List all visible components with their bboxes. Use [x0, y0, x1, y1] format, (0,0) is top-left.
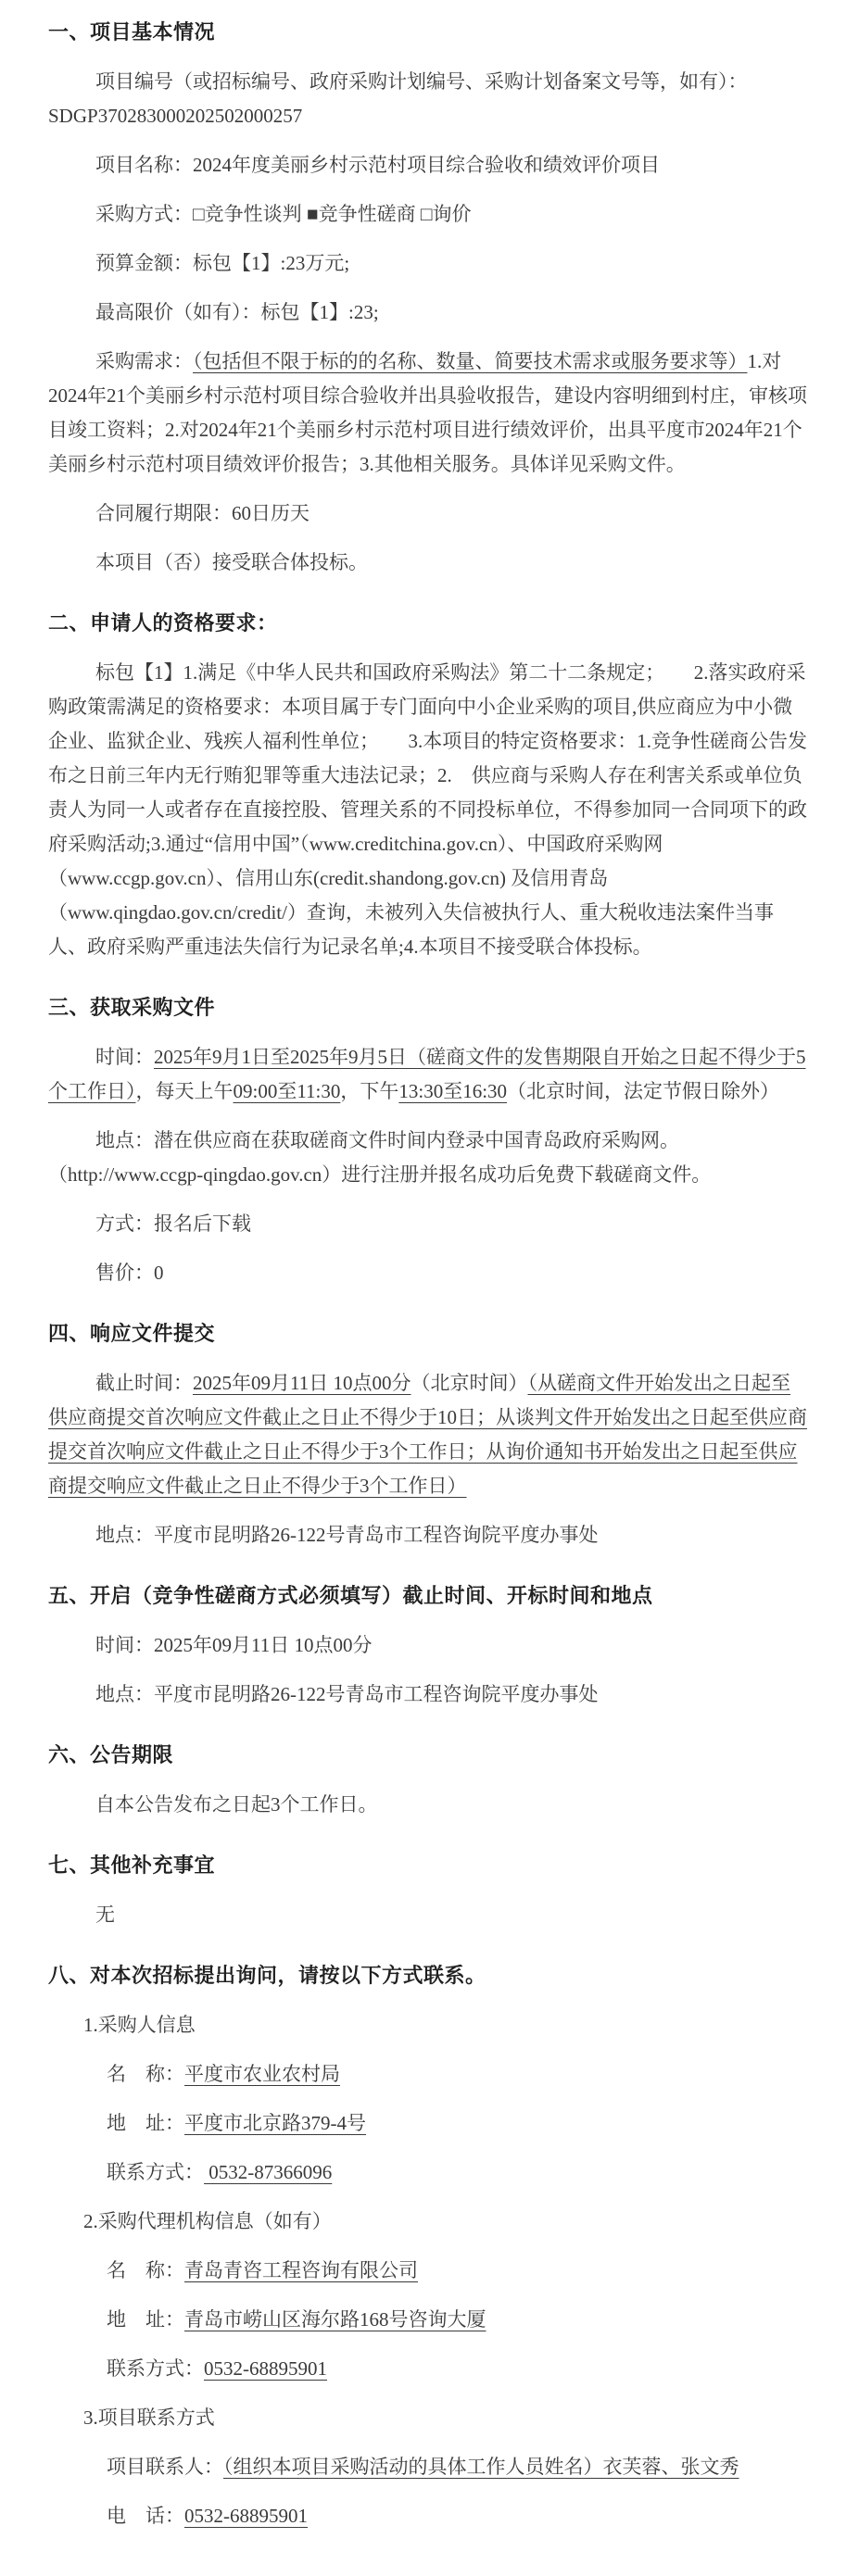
text-segment: 售价：0	[95, 1262, 164, 1284]
document-location: 地点：潜在供应商在获取磋商文件时间内登录中国青岛政府采购网。（http://ww…	[48, 1124, 808, 1192]
text-segment: 方式：报名后下载	[95, 1213, 251, 1235]
underlined-text: 13:30至16:30	[398, 1080, 507, 1102]
text-segment: 电 话：	[107, 2505, 184, 2527]
text-segment: 预算金额：标包【1】:23万元;	[95, 252, 349, 274]
text-segment: 2.采购代理机构信息（如有）	[83, 2210, 332, 2232]
text-segment: （北京时间）	[411, 1372, 527, 1394]
underlined-text: 平度市农业农村局	[184, 2063, 340, 2085]
section-qualification: 二、申请人的资格要求：标包【1】1.满足《中华人民共和国政府采购法》第二十二条规…	[48, 606, 808, 964]
text-segment: 名 称：	[107, 2063, 184, 2085]
text-segment: 地 址：	[107, 2308, 184, 2331]
contract-period: 合同履行期限：60日历天	[48, 496, 808, 531]
text-segment: 3.项目联系方式	[83, 2406, 215, 2429]
text-segment: 最高限价（如有）：标包【1】:23;	[95, 301, 379, 323]
underlined-text: 0532-68895901	[204, 2357, 327, 2380]
qualification-requirements: 标包【1】1.满足《中华人民共和国政府采购法》第二十二条规定； 2.落实政府采购…	[48, 656, 808, 964]
opening-location: 地点：平度市昆明路26-122号青岛市工程咨询院平度办事处	[48, 1678, 808, 1712]
text-segment: 时间：	[95, 1046, 154, 1068]
section-title-qualification: 二、申请人的资格要求：	[48, 606, 808, 641]
section-title-response-submission: 四、响应文件提交	[48, 1316, 808, 1351]
underlined-text: （包括但不限于标的的名称、数量、简要技术需求或服务要求等）	[193, 350, 748, 372]
document-body: 一、项目基本情况项目编号（或招标编号、政府采购计划编号、采购计划备案文号等，如有…	[48, 15, 808, 2533]
text-segment: 地点：潜在供应商在获取磋商文件时间内登录中国青岛政府采购网。（http://ww…	[48, 1129, 711, 1186]
document-method: 方式：报名后下载	[48, 1207, 808, 1241]
section-other-matters: 七、其他补充事宜无	[48, 1848, 808, 1932]
text-segment: 地点：平度市昆明路26-122号青岛市工程咨询院平度办事处	[95, 1683, 599, 1705]
text-segment: ，下午	[340, 1080, 398, 1102]
project-contact-phone: 电 话：0532-68895901	[107, 2499, 808, 2533]
agency-contact: 联系方式：0532-68895901	[107, 2352, 808, 2386]
text-segment: 地 址：	[107, 2112, 184, 2134]
underlined-text: （组织本项目采购活动的具体工作人员姓名）衣芙蓉、张文秀	[223, 2456, 739, 2478]
procurement-method: 采购方式：□竞争性谈判 ■竞争性磋商 □询价	[48, 197, 808, 232]
underlined-text: 平度市北京路379-4号	[184, 2112, 366, 2134]
text-segment: 地点：平度市昆明路26-122号青岛市工程咨询院平度办事处	[95, 1524, 599, 1546]
text-segment: 项目名称：2024年度美丽乡村示范村项目综合验收和绩效评价项目	[95, 154, 660, 176]
purchaser-address: 地 址：平度市北京路379-4号	[107, 2106, 808, 2141]
agency-name: 名 称：青岛青咨工程咨询有限公司	[107, 2254, 808, 2288]
text-segment: ，每天上午	[136, 1080, 234, 1102]
section-title-obtain-documents: 三、获取采购文件	[48, 990, 808, 1025]
section-contact-info: 八、对本次招标提出询问，请按以下方式联系。1.采购人信息名 称：平度市农业农村局…	[48, 1958, 808, 2533]
project-number: 项目编号（或招标编号、政府采购计划编号、采购计划备案文号等，如有）：SDGP37…	[48, 65, 808, 133]
text-segment: 合同履行期限：60日历天	[95, 502, 309, 524]
underlined-text: 09:00至11:30	[234, 1080, 341, 1102]
section-title-basic-info: 一、项目基本情况	[48, 15, 808, 50]
underlined-text: 0532-68895901	[184, 2505, 308, 2527]
text-segment: 采购需求：	[95, 350, 193, 372]
announcement-period-text: 自本公告发布之日起3个工作日。	[48, 1788, 808, 1822]
procurement-announcement-document: 一、项目基本情况项目编号（或招标编号、政府采购计划编号、采购计划备案文号等，如有…	[0, 0, 859, 2576]
opening-time: 时间：2025年09月11日 10点00分	[48, 1628, 808, 1663]
consortium-bidding: 本项目（否）接受联合体投标。	[48, 546, 808, 580]
text-segment: 自本公告发布之日起3个工作日。	[95, 1793, 378, 1816]
procurement-requirements: 采购需求：（包括但不限于标的的名称、数量、简要技术需求或服务要求等）1.对202…	[48, 345, 808, 482]
text-segment: 截止时间：	[95, 1372, 193, 1394]
document-sale-time: 时间：2025年9月1日至2025年9月5日（磋商文件的发售期限自开始之日起不得…	[48, 1040, 808, 1109]
underlined-text: 青岛市崂山区海尔路168号咨询大厦	[184, 2308, 486, 2331]
text-segment: 时间：2025年09月11日 10点00分	[95, 1634, 372, 1656]
text-segment: 本项目（否）接受联合体投标。	[95, 551, 368, 573]
section-announcement-period: 六、公告期限自本公告发布之日起3个工作日。	[48, 1738, 808, 1822]
agency-info-label: 2.采购代理机构信息（如有）	[83, 2205, 808, 2239]
text-segment: 采购方式：□竞争性谈判 ■竞争性磋商 □询价	[95, 203, 472, 225]
section-title-contact-info: 八、对本次招标提出询问，请按以下方式联系。	[48, 1958, 808, 1993]
project-name: 项目名称：2024年度美丽乡村示范村项目综合验收和绩效评价项目	[48, 148, 808, 182]
underlined-text: 青岛青咨工程咨询有限公司	[184, 2259, 418, 2281]
section-title-other-matters: 七、其他补充事宜	[48, 1848, 808, 1883]
text-segment: 项目编号（或招标编号、政府采购计划编号、采购计划备案文号等，如有）：SDGP37…	[48, 70, 748, 127]
text-segment: 名 称：	[107, 2259, 184, 2281]
document-price: 售价：0	[48, 1256, 808, 1290]
text-segment: 无	[95, 1904, 115, 1926]
text-segment: 1.采购人信息	[83, 2014, 196, 2036]
section-basic-info: 一、项目基本情况项目编号（或招标编号、政府采购计划编号、采购计划备案文号等，如有…	[48, 15, 808, 580]
project-contact-person: 项目联系人：（组织本项目采购活动的具体工作人员姓名）衣芙蓉、张文秀	[107, 2450, 808, 2484]
text-segment: 项目联系人：	[107, 2456, 223, 2478]
text-segment: 标包【1】1.满足《中华人民共和国政府采购法》第二十二条规定； 2.落实政府采购…	[48, 661, 807, 958]
max-price-limit: 最高限价（如有）：标包【1】:23;	[48, 295, 808, 330]
text-segment: （北京时间，法定节假日除外）	[507, 1080, 779, 1102]
section-obtain-documents: 三、获取采购文件时间：2025年9月1日至2025年9月5日（磋商文件的发售期限…	[48, 990, 808, 1290]
section-title-announcement-period: 六、公告期限	[48, 1738, 808, 1773]
agency-address: 地 址：青岛市崂山区海尔路168号咨询大厦	[107, 2303, 808, 2337]
text-segment: 联系方式：	[107, 2161, 204, 2183]
purchaser-info-label: 1.采购人信息	[83, 2008, 808, 2042]
project-contact-label: 3.项目联系方式	[83, 2401, 808, 2435]
section-opening: 五、开启（竞争性磋商方式必须填写）截止时间、开标时间和地点时间：2025年09月…	[48, 1578, 808, 1712]
submission-deadline: 截止时间：2025年09月11日 10点00分（北京时间）（从磋商文件开始发出之…	[48, 1366, 808, 1503]
budget-amount: 预算金额：标包【1】:23万元;	[48, 246, 808, 281]
purchaser-name: 名 称：平度市农业农村局	[107, 2057, 808, 2092]
underlined-text: 2025年09月11日 10点00分	[193, 1372, 411, 1394]
text-segment: 联系方式：	[107, 2357, 204, 2380]
purchaser-contact: 联系方式： 0532-87366096	[107, 2155, 808, 2190]
underlined-text: 0532-87366096	[204, 2161, 332, 2183]
other-matters-text: 无	[48, 1898, 808, 1932]
section-title-opening: 五、开启（竞争性磋商方式必须填写）截止时间、开标时间和地点	[48, 1578, 808, 1614]
submission-location: 地点：平度市昆明路26-122号青岛市工程咨询院平度办事处	[48, 1518, 808, 1552]
section-response-submission: 四、响应文件提交截止时间：2025年09月11日 10点00分（北京时间）（从磋…	[48, 1316, 808, 1552]
